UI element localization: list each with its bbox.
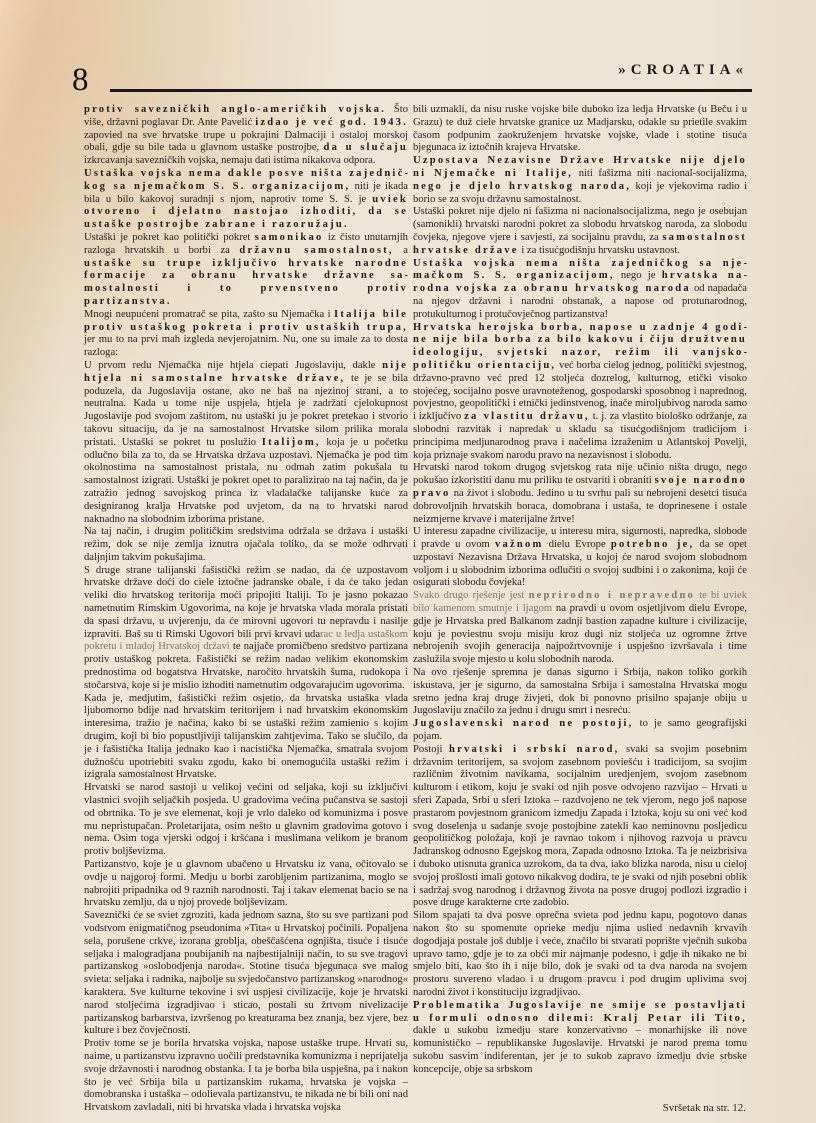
continued-note: Svršetak na str. 12. xyxy=(663,1102,746,1114)
emphasized-text: da u slučaju xyxy=(324,142,409,153)
body-text: Kada je, medjutim, fašistički režim osje… xyxy=(84,693,408,781)
article-paragraph: Mnogi neupućeni promatrač se pita, zašto… xyxy=(84,309,408,360)
article-paragraph: Uzpostava Nezavisne Države Hrvatske nije… xyxy=(413,155,747,206)
article-column-left: protiv savezničkih anglo-američkih vojsk… xyxy=(84,104,408,1115)
emphasized-text: za vlastitu državu, xyxy=(464,411,590,422)
emphasized-text: samonikao xyxy=(255,232,324,243)
emphasized-text: važnom xyxy=(495,539,544,550)
article-paragraph: Ustaški je pokret kao politički pokret s… xyxy=(84,232,408,309)
article-paragraph: Kada je, medjutim, fašistički režim osje… xyxy=(84,693,408,783)
emphasized-text: izdao je već god. 1943. xyxy=(255,117,408,128)
body-text: Silom spajati ta dva posve oprečna sviet… xyxy=(413,910,747,998)
body-text: Mnogi neupućeni promatrač se pita, zašto… xyxy=(84,309,334,320)
body-text: nego je xyxy=(615,270,662,281)
body-text: dielu Evrope xyxy=(544,539,611,550)
body-text: jer mu to na prvi mah izgleda nevjerojat… xyxy=(84,334,408,358)
body-text: i za tisućgodišnju hrvatsku ustavnost. xyxy=(519,245,680,256)
body-text: Na ovo rješenje spremna je danas sigurno… xyxy=(413,667,747,716)
body-text: Svako drugo rješenje jest xyxy=(413,590,529,601)
article-paragraph: protiv savezničkih anglo-američkih vojsk… xyxy=(84,104,408,168)
emphasized-text: potrebno je, xyxy=(611,539,694,550)
article-paragraph: Ustaška vojska nema dakle posve ništa za… xyxy=(84,168,408,232)
article-paragraph: Svako drugo rješenje jest neprirodno i n… xyxy=(413,590,747,667)
body-text: svaki sa svojim poseb­nim državnim terit… xyxy=(413,744,747,909)
emphasized-text: Problematika Jugoslavije ne smije se pos… xyxy=(413,1000,747,1024)
body-text: U prvom redu Njemačka nije htjela ciepat… xyxy=(84,360,382,371)
body-text: koja je u početku odlučno bila za to, da… xyxy=(84,437,408,525)
masthead-rule xyxy=(110,89,752,92)
masthead: 8 »CROATIA« xyxy=(72,62,752,102)
article-paragraph: Partizanstvo, koje je u glavnom ubačeno … xyxy=(84,859,408,910)
body-text: Protiv tome se je borila hrvatska vojska… xyxy=(84,1038,408,1113)
article-paragraph: Hrvatska herojska borba, napose u zadnje… xyxy=(413,322,747,463)
article-paragraph: Postoji hrvatski i srbski narod, svaki s… xyxy=(413,744,747,910)
article-paragraph: Jugoslavenski narod ne postoji, to je sa… xyxy=(413,718,747,744)
body-text: Postoji xyxy=(413,744,449,755)
body-text: Ustaški je pokret kao politički pokret xyxy=(84,232,255,243)
body-text: Saveznički će se sviet zgroziti, kada je… xyxy=(84,910,408,1036)
article-paragraph: Protiv tome se je borila hrvatska vojska… xyxy=(84,1038,408,1115)
body-text: Na taj način, i drugim političkim sredst… xyxy=(84,526,408,563)
article-paragraph: Na ovo rješenje spremna je danas sigurno… xyxy=(413,667,747,718)
emphasized-text: Italijom, xyxy=(262,437,321,448)
article-column-right: bili uzmakli, da nisu ruske vojske bile … xyxy=(413,104,747,1077)
article-paragraph: U interesu zapadne civilizacije, u inter… xyxy=(413,526,747,590)
article-paragraph: Ustaški pokret nije djelo ni fašizma ni … xyxy=(413,206,747,257)
article-paragraph: Na taj način, i drugim političkim sredst… xyxy=(84,526,408,564)
emphasized-text: Jugoslavenski narod ne postoji, xyxy=(413,718,633,729)
page-number: 8 xyxy=(72,62,89,98)
article-paragraph: Ustaška vojska nema ništa zajedničkog sa… xyxy=(413,258,747,322)
emphasized-text: neprirodno i nepravedno xyxy=(529,590,695,601)
emphasized-text: državnu samostal­nost, xyxy=(239,245,393,256)
emphasized-text: protiv savezničkih anglo-američkih vojsk… xyxy=(84,104,386,115)
body-text: izkrcavanja savezničkih vojska, nemaju d… xyxy=(84,155,376,166)
body-text: bili uzmakli, da nisu ruske vojske bile … xyxy=(413,104,747,153)
article-paragraph: Hrvatski narod tokom drugog svjetskog ra… xyxy=(413,462,747,526)
article-paragraph: Problematika Jugoslavije ne smije se pos… xyxy=(413,1000,747,1077)
paper-fold-shadow xyxy=(0,0,60,230)
emphasized-text: ustaške su trupe izključivo hrvatske na­… xyxy=(84,258,408,307)
article-paragraph: bili uzmakli, da nisu ruske vojske bile … xyxy=(413,104,747,155)
body-text: a xyxy=(394,245,408,256)
body-text: dakle u sukobu izmedju stare konzervativ… xyxy=(413,1025,747,1074)
article-paragraph: U prvom redu Njemačka nije htjela ciepat… xyxy=(84,360,408,526)
publication-title: »CROATIA« xyxy=(618,62,748,79)
article-paragraph: Silom spajati ta dva posve oprečna sviet… xyxy=(413,910,747,1000)
emphasized-text: nego je djelo hrvatskog naroda, xyxy=(413,181,631,192)
body-text: Hrvatski se narod sastoji u velikoj veći… xyxy=(84,782,408,857)
body-text: na život i slobodu. Jedino u tu svrhu pa… xyxy=(413,488,747,525)
emphasized-text: hrvatski i srbski narod, xyxy=(449,744,619,755)
body-text: Partizanstvo, koje je u glavnom ubačeno … xyxy=(84,859,408,908)
article-paragraph: S druge strane talijanski fašistički rež… xyxy=(84,565,408,693)
article-paragraph: Saveznički će se sviet zgroziti, kada je… xyxy=(84,910,408,1038)
body-text: niti fašizma niti nacional-socija­lizma, xyxy=(573,168,747,179)
article-paragraph: Hrvatski se narod sastoji u velikoj veći… xyxy=(84,782,408,859)
